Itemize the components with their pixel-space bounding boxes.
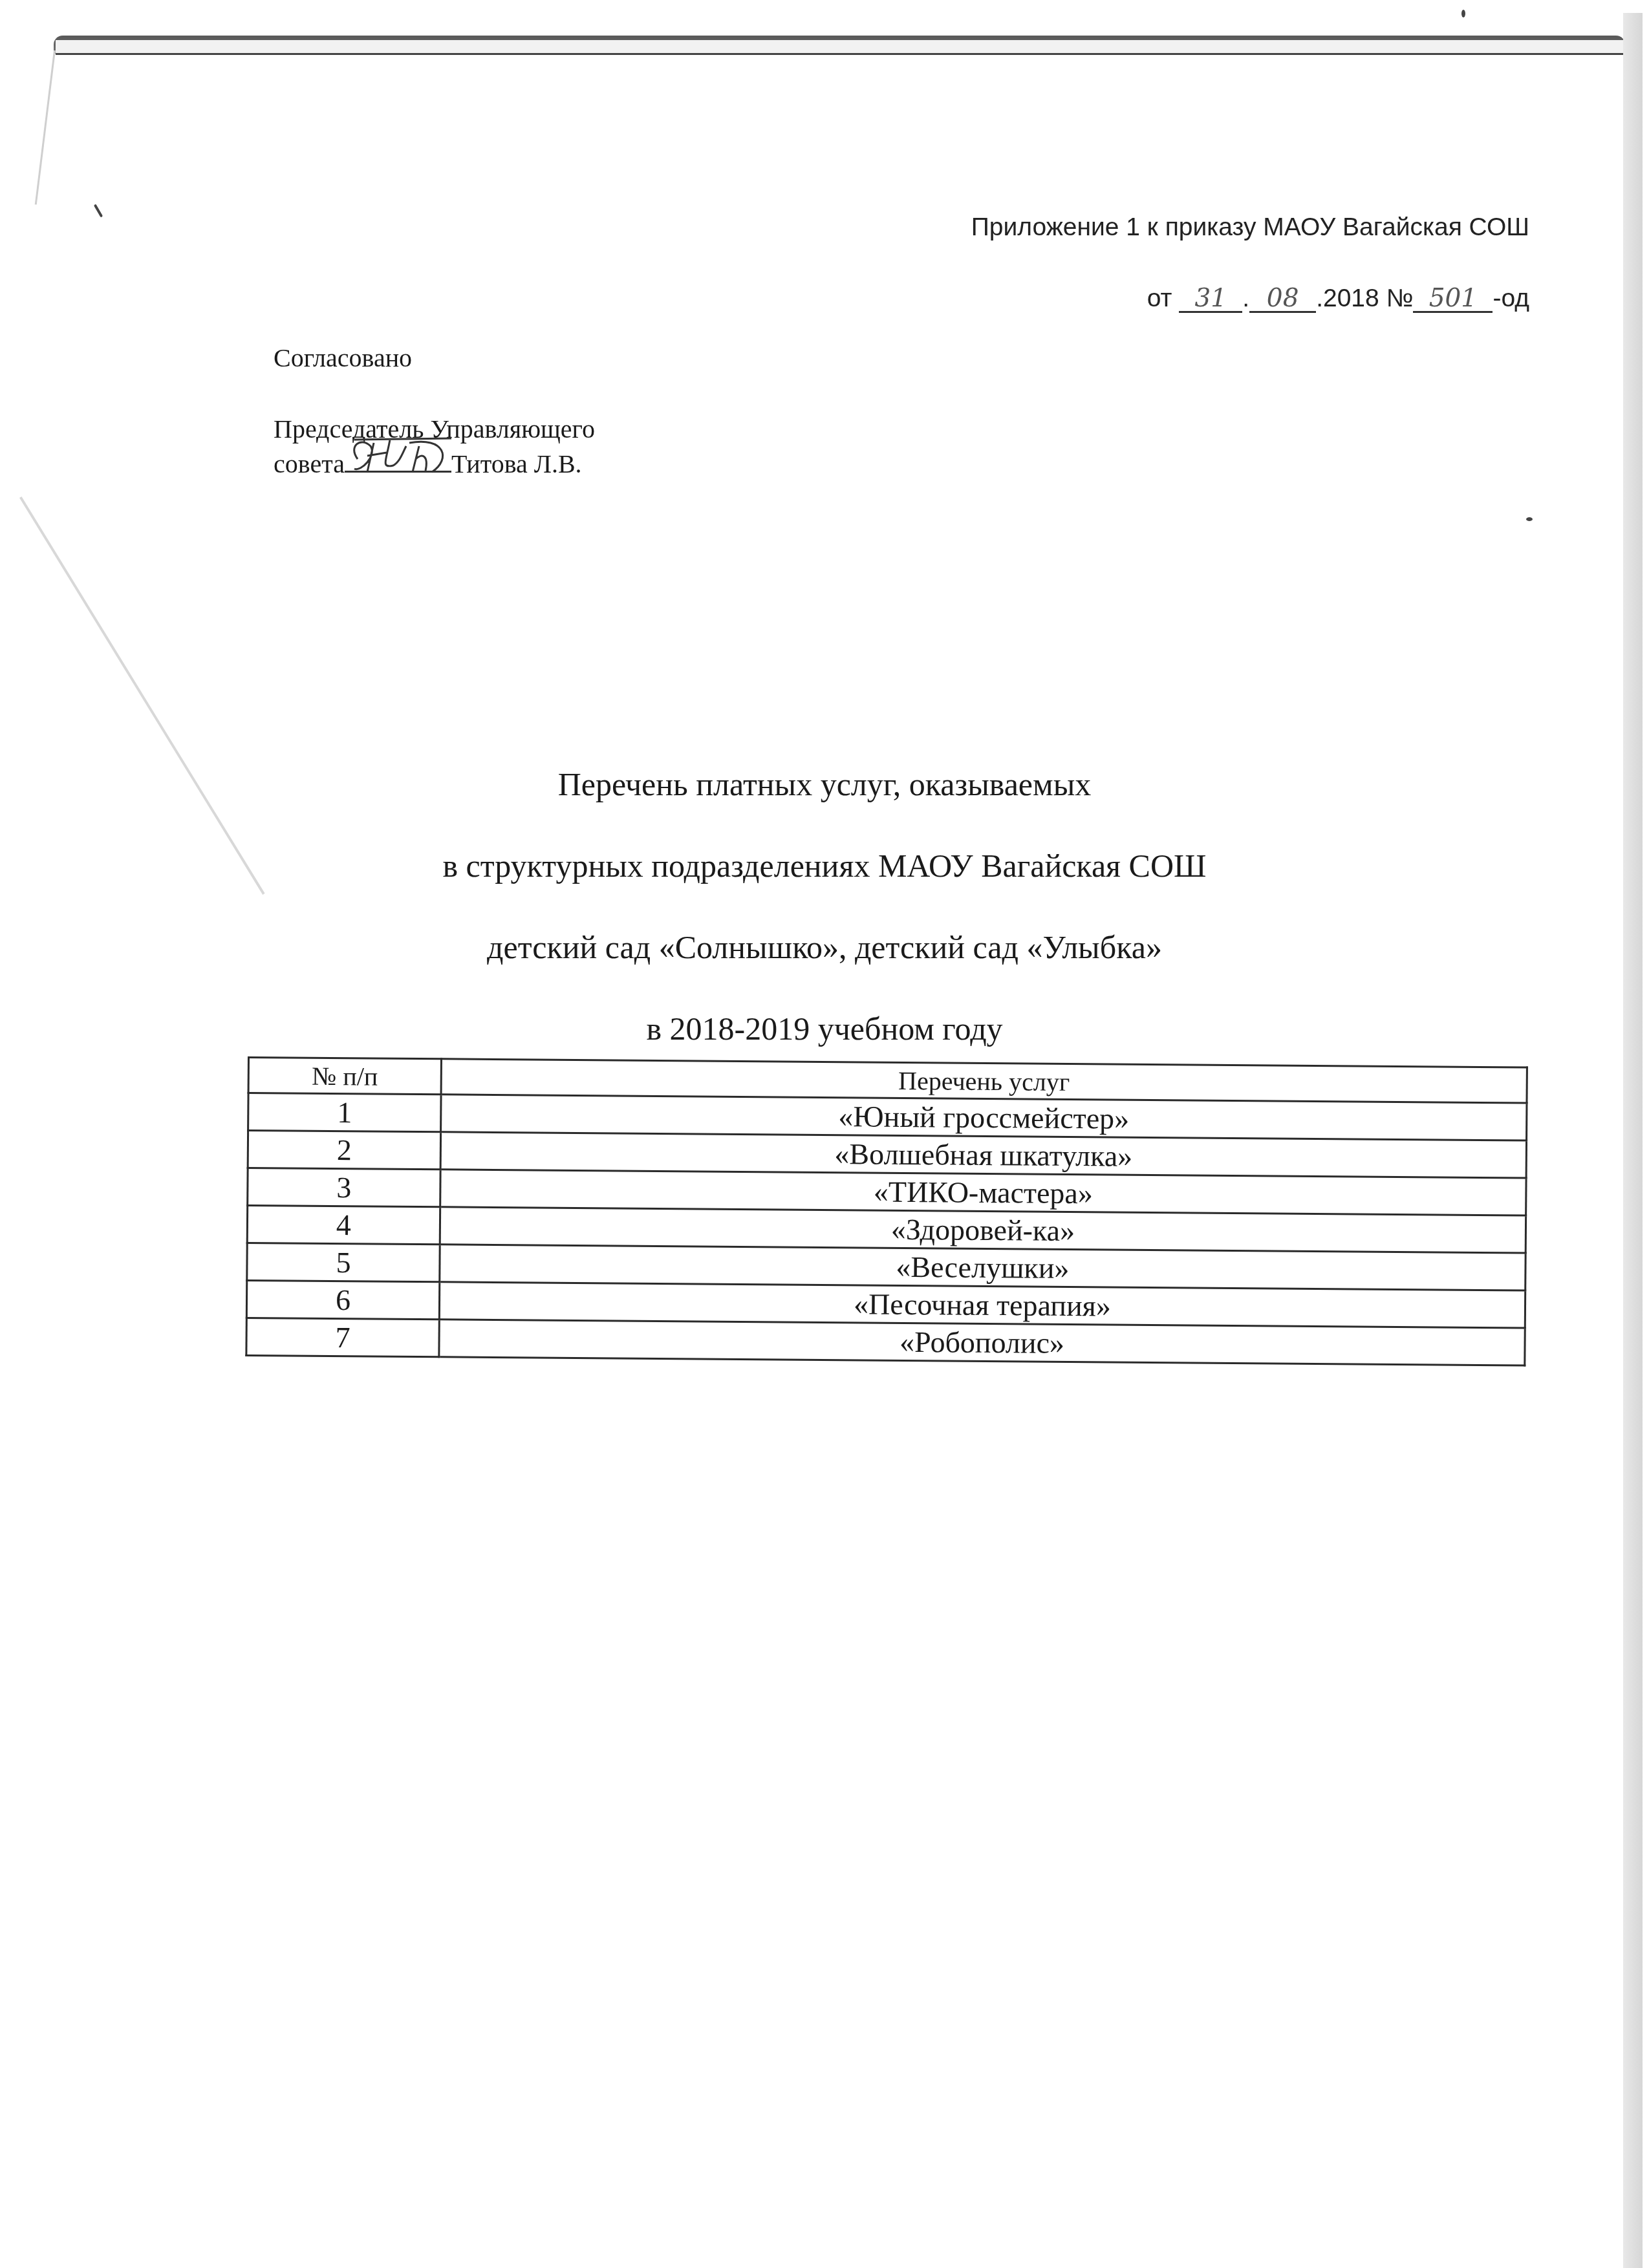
- order-prefix: от: [1147, 284, 1172, 312]
- scan-speck: [1526, 517, 1533, 521]
- row-service: «Робополис»: [439, 1320, 1525, 1365]
- order-month-handwritten: 08: [1249, 286, 1316, 313]
- title-line-1: Перечень платных услуг, оказываемых: [0, 768, 1649, 850]
- signature-icon: [341, 433, 455, 478]
- scan-page-edge-right: [1623, 13, 1643, 2268]
- approval-position-cont: совета: [274, 449, 345, 478]
- title-line-2: в структурных подразделениях МАОУ Вагайс…: [0, 850, 1649, 931]
- row-number: 4: [247, 1206, 440, 1245]
- row-number: 7: [246, 1318, 439, 1356]
- title-line-3: детский сад «Солнышко», детский сад «Улы…: [0, 931, 1649, 1012]
- order-reference: от 31.08.2018 №501-од: [1147, 284, 1529, 313]
- order-year: .2018 №: [1316, 284, 1413, 312]
- row-number: 6: [246, 1281, 439, 1320]
- approval-block: Согласовано Председатель Управляющего со…: [274, 343, 595, 480]
- scan-speck: [1461, 10, 1465, 17]
- approval-signature-row: совета Титова Л.В.: [274, 445, 595, 480]
- row-number: 2: [248, 1131, 440, 1170]
- row-number: 5: [247, 1243, 440, 1282]
- approval-signer: Титова Л.В.: [451, 449, 582, 478]
- order-dot: .: [1242, 284, 1249, 312]
- services-table: № п/п Перечень услуг 1«Юный гроссмейстер…: [245, 1056, 1528, 1367]
- signature-line: [345, 445, 451, 473]
- scan-speck: [94, 204, 103, 217]
- scan-page-edge-top: [56, 40, 1624, 55]
- scan-fold-line-top: [35, 50, 56, 205]
- header-number: № п/п: [248, 1058, 441, 1095]
- row-number: 3: [248, 1168, 440, 1207]
- order-number-handwritten: 501: [1413, 286, 1493, 313]
- approval-label: Согласовано: [274, 343, 595, 374]
- order-day-handwritten: 31: [1179, 286, 1242, 313]
- appendix-reference: Приложение 1 к приказу МАОУ Вагайская СО…: [971, 213, 1529, 242]
- order-suffix: -од: [1493, 284, 1529, 312]
- document-title: Перечень платных услуг, оказываемых в ст…: [0, 768, 1649, 1094]
- row-number: 1: [248, 1093, 441, 1132]
